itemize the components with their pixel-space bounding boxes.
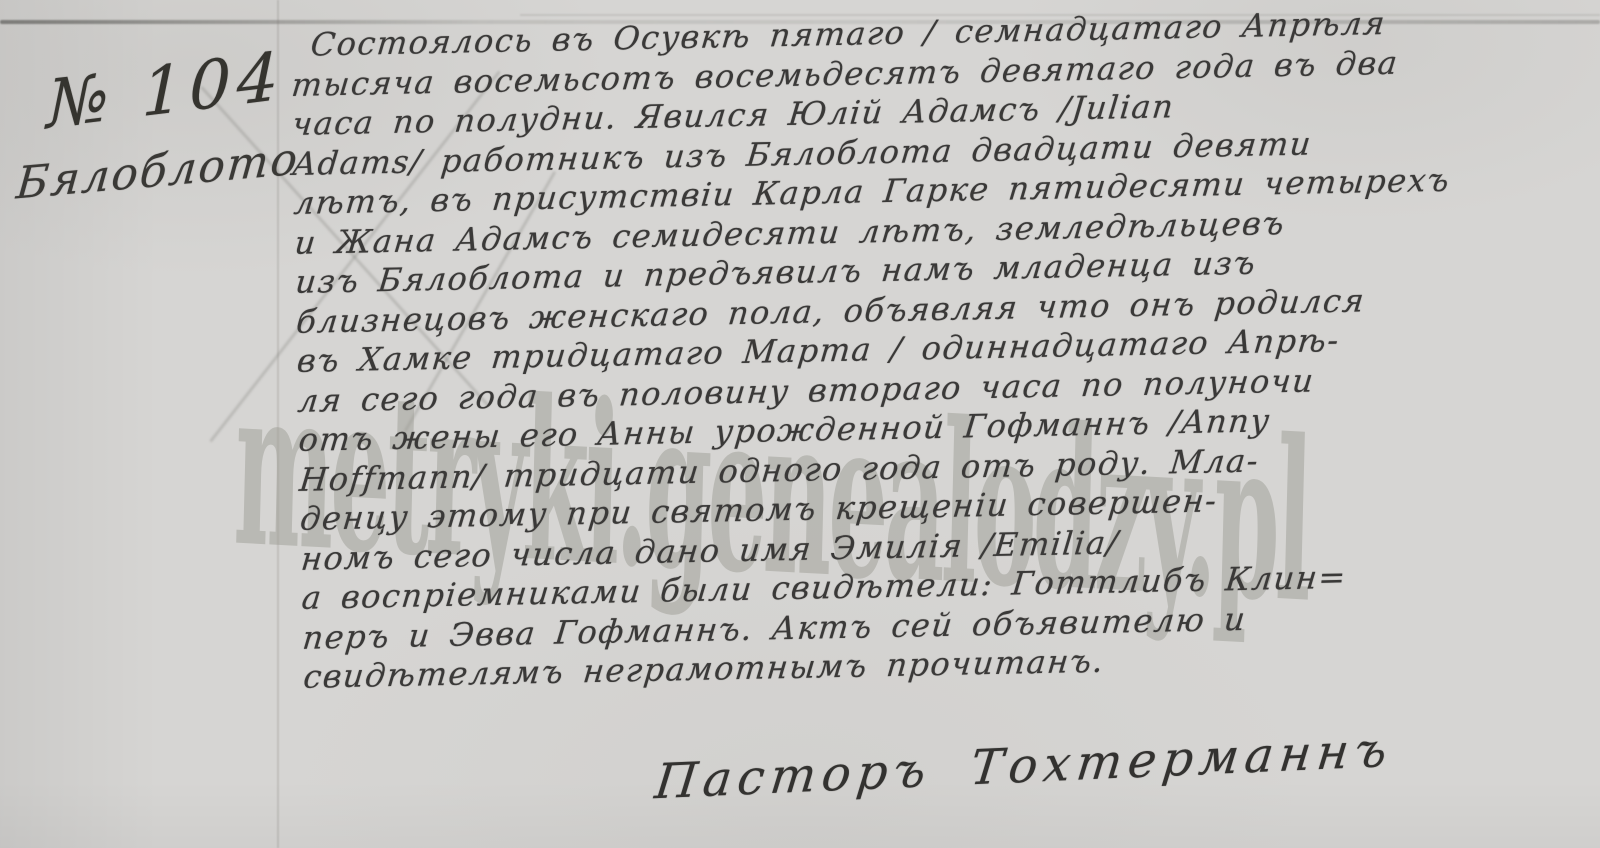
place-name: Бялоблото [14,133,301,209]
scanned-record-page: metryki.genealodzy.pl № 104 Бялоблото Со… [0,0,1600,848]
act-number: № 104 [46,37,285,144]
record-text: Состоялось въ Осувкѣ пятаго / семнадцата… [288,0,1600,697]
pastor-signature: Пасторъ Тохтерманнъ [652,722,1396,811]
